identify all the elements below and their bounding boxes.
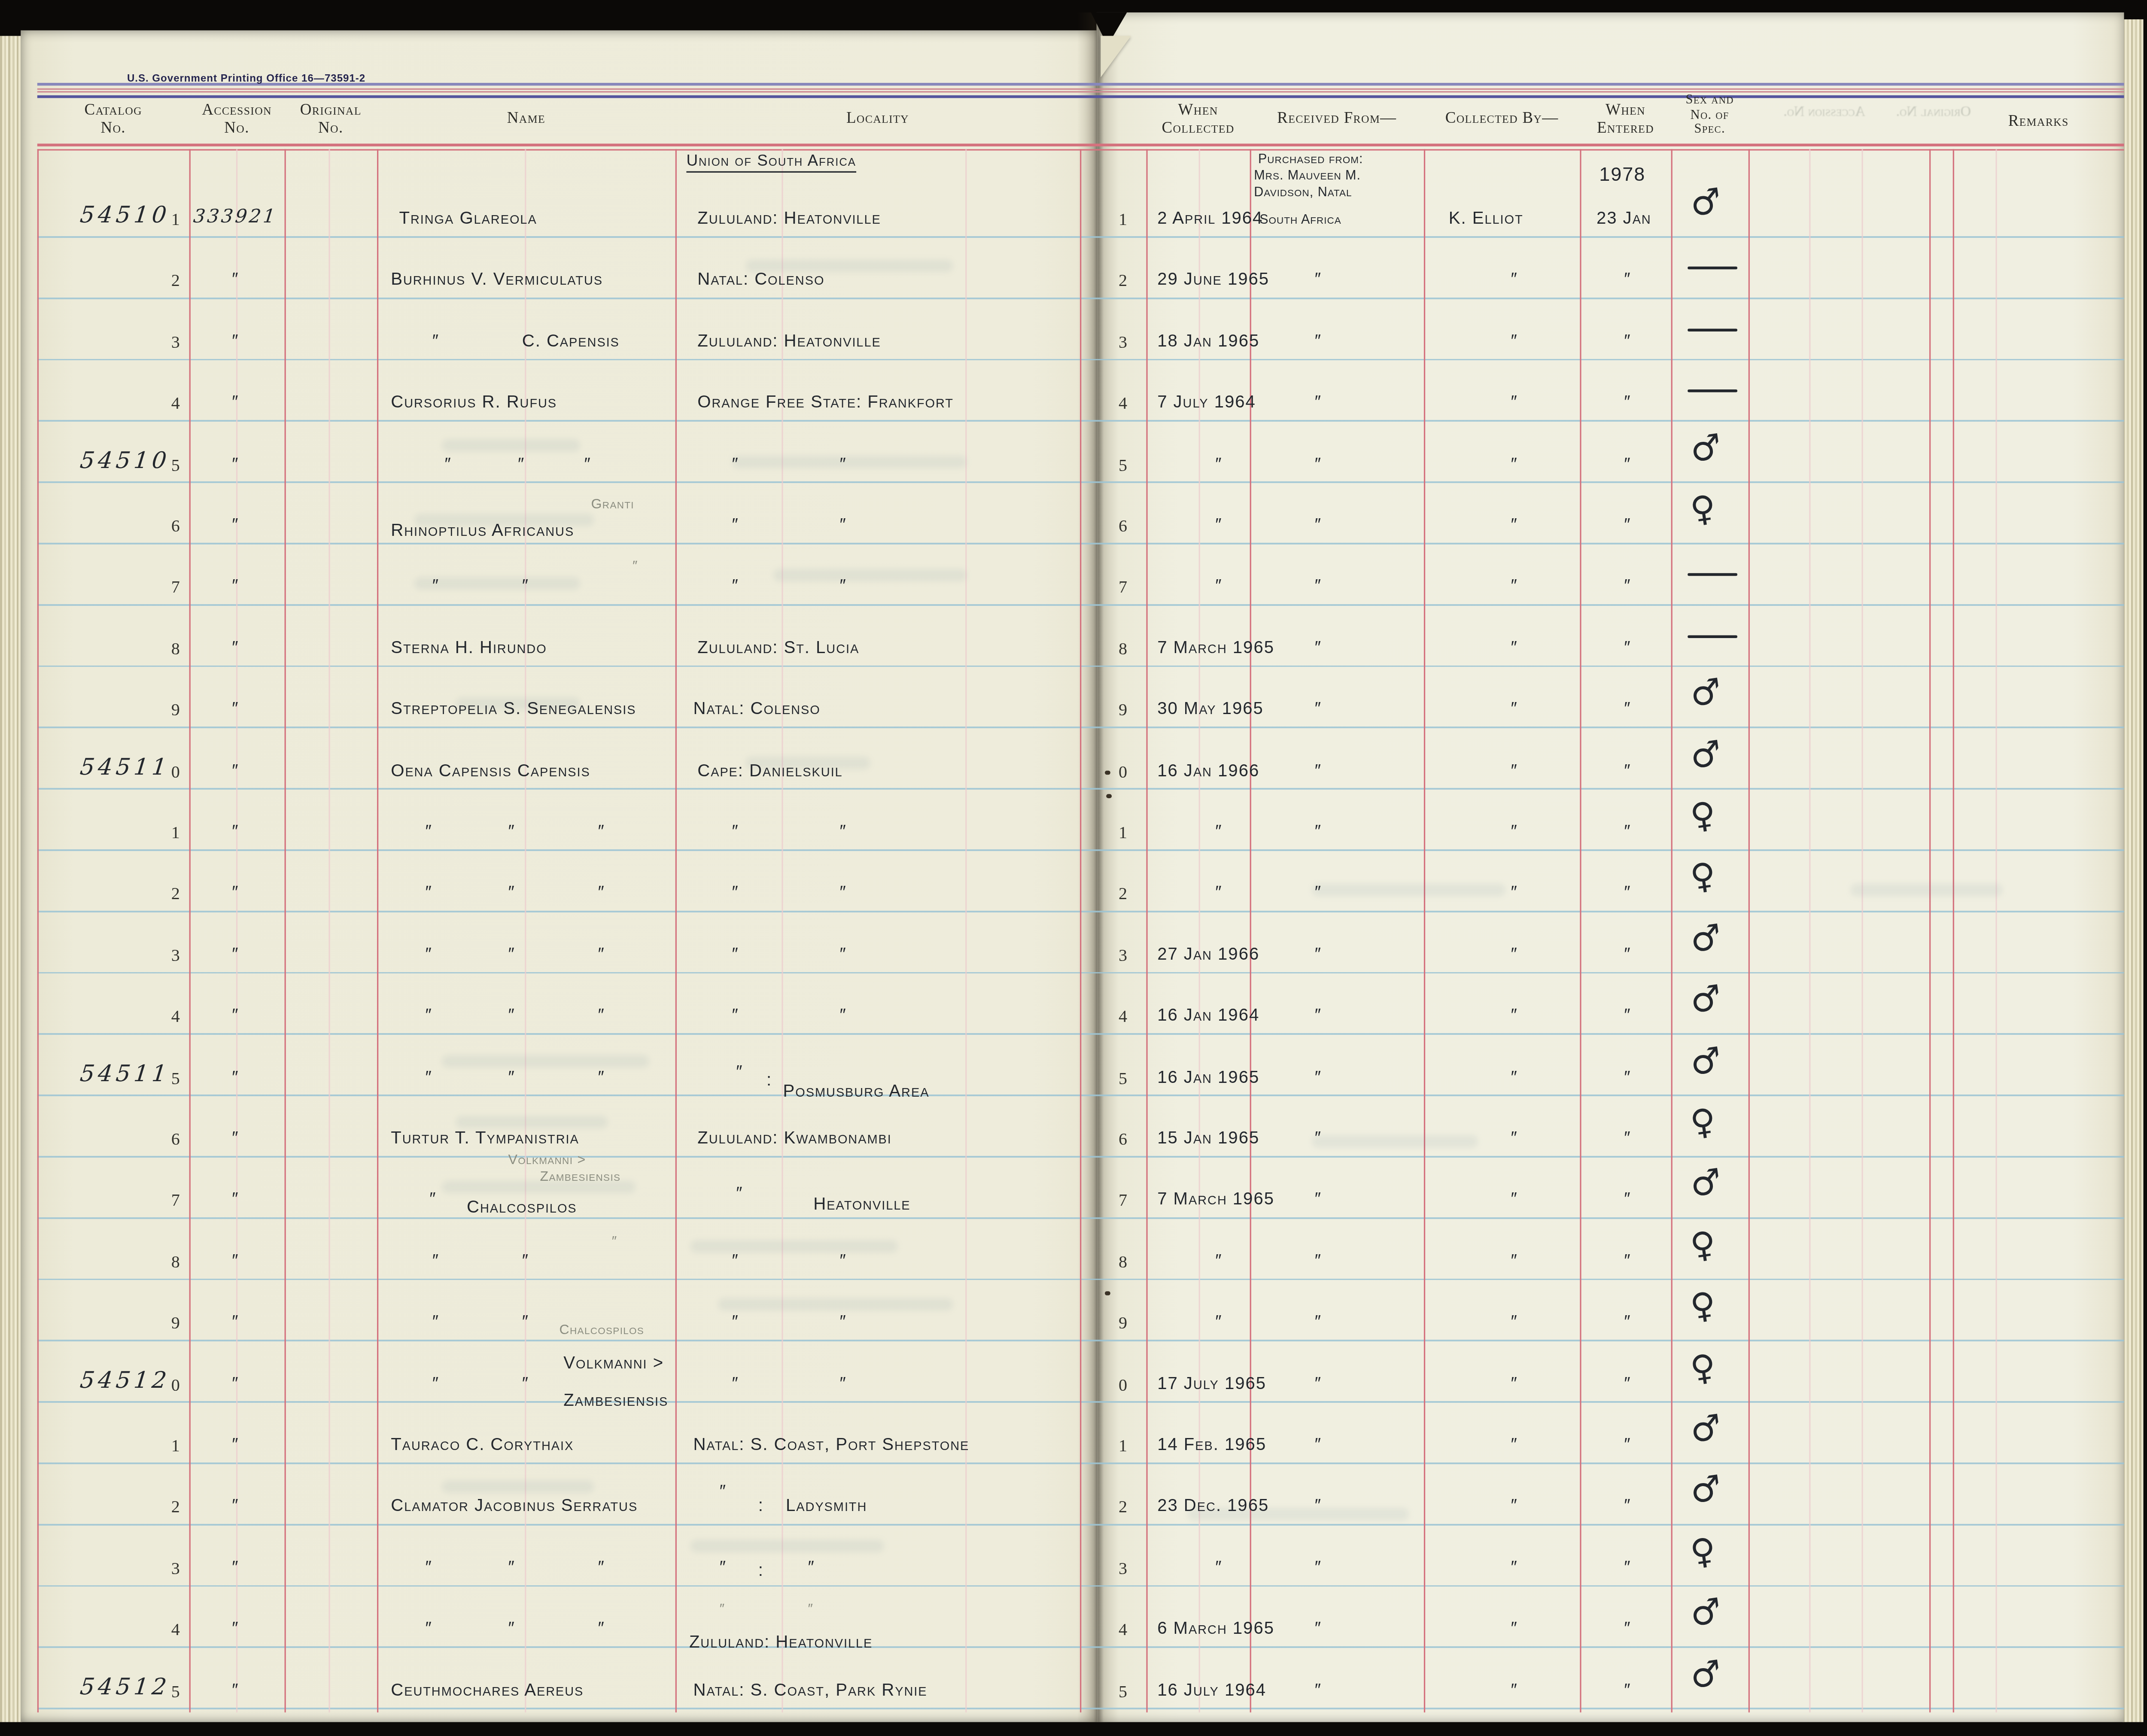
row-digit-right: 4 [1119,394,1127,414]
received-from-entry: ″ [1315,1374,1322,1393]
locality-entry: Orange Free State: Frankfort [697,392,954,412]
column-header-name: Name [377,110,675,128]
catalog-number: 54511 [79,1060,171,1086]
locality-entry: ″ [808,1602,813,1617]
name-entry: ″ [432,1312,439,1332]
guide-rule [1861,149,1863,1712]
male-sex-symbol: ♂ [1688,1590,1724,1634]
row-digit-left: 6 [171,517,180,537]
locality-entry: ″ [720,1557,727,1577]
locality-entry: ″ [839,576,846,596]
name-entry: ″ [432,576,439,596]
name-entry: ″ [522,576,529,596]
row-digit-left: 1 [171,210,180,231]
guide-rule [1809,149,1811,1712]
column-rule [189,149,191,1712]
name-entry: ″ [426,1067,432,1086]
received-from-entry: ″ [1315,822,1322,841]
male-sex-symbol: ♂ [1688,426,1724,469]
name-entry: Volkmanni > [563,1353,664,1372]
locality-entry: Cape: Danielskuil [697,760,842,780]
bleedthrough-smudge [732,456,967,468]
name-entry: ″ [598,1067,605,1086]
row-digit-right: 5 [1119,1681,1127,1702]
top-rule-red [37,88,2124,89]
male-sex-symbol: ♂ [1688,732,1724,776]
name-entry: ″ [508,883,515,902]
male-sex-symbol: ♂ [1688,1468,1724,1512]
when-entered-entry: ″ [1624,1374,1631,1393]
collected-by-entry: ″ [1511,822,1518,841]
received-from-entry: ″ [1315,270,1322,289]
catalog-number: 54511 [79,754,171,780]
collected-by-entry: ″ [1511,1312,1518,1332]
row-digit-right: 9 [1119,700,1127,721]
male-sex-symbol: ♂ [1688,1161,1724,1205]
name-entry: ″ [518,454,525,473]
when-entered-entry: ″ [1624,392,1631,412]
locality-entry: Zululand: St. Lucia [697,638,859,657]
bleedthrough-smudge [718,1298,953,1310]
when-entered-entry: ″ [1624,883,1631,902]
column-header-when-collected: WhenCollected [1146,102,1250,137]
when-collected-entry: 27 Jan 1966 [1157,944,1259,964]
collected-by-entry: ″ [1511,454,1518,473]
column-rule [1671,149,1673,1712]
name-entry: ″ [426,883,432,902]
name-entry: ″ [432,1374,439,1393]
column-header-original-no: OriginalNo. [285,102,377,137]
name-entry: Turtur T. Tympanistria [391,1128,579,1148]
column-rule [37,149,39,1712]
right-page-edge-stack [2123,19,2143,1722]
female-sex-symbol: ♀ [1688,855,1718,899]
guide-rule [525,149,526,1712]
accession-number: ″ [232,1006,239,1025]
when-collected-entry: ″ [1215,576,1222,596]
when-entered-entry: ″ [1624,270,1631,289]
header-rule-red [37,143,2124,146]
catalog-number: 54512 [79,1367,171,1393]
column-rule [1580,149,1581,1712]
name-entry: ″ [598,1557,605,1577]
collected-by-entry: ″ [1511,944,1518,964]
row-digit-left: 7 [171,578,180,599]
bleedthrough-smudge [442,1055,649,1067]
collected-by-entry: K. Elliot [1449,209,1524,228]
row-digit-left: 2 [171,271,180,292]
name-entry: Rhinoptilus Africanus [391,521,574,540]
column-rule [285,149,286,1712]
row-digit-right: 2 [1119,1498,1127,1518]
female-sex-symbol: ♀ [1688,1284,1718,1328]
received-from-entry: ″ [1315,638,1322,657]
no-sex-dash [1688,390,1737,392]
row-digit-right: 7 [1119,578,1127,599]
when-collected-entry: ″ [1215,515,1222,535]
when-collected-entry: 7 July 1964 [1157,392,1256,412]
collected-by-entry: ″ [1511,1006,1518,1025]
when-entered-entry: ″ [1624,1435,1631,1454]
name-entry: Tauraco C. Corythaix [391,1435,574,1454]
male-sex-symbol: ♂ [1688,671,1724,714]
locality-entry: ″ [732,454,739,473]
when-entered-entry: 23 Jan [1597,209,1651,228]
collected-by-entry: ″ [1511,1557,1518,1577]
collected-by-entry: ″ [1511,1619,1518,1638]
when-entered-entry: ″ [1624,638,1631,657]
row-digit-left: 0 [171,1375,180,1395]
when-collected-entry: 14 Feb. 1965 [1157,1435,1266,1454]
when-collected-entry: 17 July 1965 [1157,1374,1266,1393]
accession-number: ″ [232,1619,239,1638]
name-entry: ″ [445,454,452,473]
when-collected-entry: ″ [1215,454,1222,473]
bleedthrough-smudge [1312,1135,1478,1148]
name-entry: Ceuthmochares Aereus [391,1680,584,1700]
row-digit-right: 3 [1119,1559,1127,1579]
row-digit-left: 4 [171,394,180,414]
bleedthrough-smudge [442,1481,594,1493]
row-digit-right: 6 [1119,1130,1127,1150]
when-entered-entry: ″ [1624,1312,1631,1332]
collected-by-entry: ″ [1511,883,1518,902]
accession-number: ″ [232,1067,239,1086]
row-digit-left: 5 [171,1068,180,1089]
male-sex-symbol: ♂ [1688,1039,1724,1082]
received-from-entry: ″ [1315,1619,1322,1638]
locality-entry: Zululand: Heatonville [697,331,881,350]
collected-by-entry: ″ [1511,1067,1518,1086]
name-entry: Clamator Jacobinus Serratus [391,1496,638,1515]
bleedthrough-smudge [442,439,580,452]
name-entry: ″ [508,1067,515,1086]
name-entry: ″ [522,1251,529,1270]
name-entry: Streptopelia S. Senegalensis [391,699,636,718]
accession-number: ″ [232,392,239,412]
locality-entry: : [758,1496,764,1515]
locality-entry: ″ [732,822,739,841]
when-collected-entry: ″ [1215,1251,1222,1270]
row-digit-left: 3 [171,1559,180,1579]
entered-year: 1978 [1599,163,1645,185]
accession-number: ″ [232,760,239,780]
locality-entry: Heatonville [813,1195,910,1214]
accession-number: ″ [232,1557,239,1577]
locality-entry: ″ [839,822,846,841]
locality-entry: ″ [720,1602,725,1617]
row-digit-left: 0 [171,762,180,782]
name-entry: ″ [426,822,432,841]
guide-rule [328,149,330,1712]
when-entered-entry: ″ [1624,1619,1631,1638]
name-entry: Cursorius R. Rufus [391,392,557,412]
received-from-entry: ″ [1315,1251,1322,1270]
locality-entry: ″ [839,883,846,902]
name-entry: ″ [426,944,432,964]
name-entry: Tringa Glareola [399,209,537,228]
locality-entry: ″ [839,1374,846,1393]
bleedthrough-label: Original No. [1881,105,1986,120]
row-digit-right: 0 [1119,1375,1127,1395]
row-digit-right: 1 [1119,210,1127,231]
locality-entry: ″ [839,944,846,964]
column-rule [1749,149,1750,1712]
locality-entry: ″ [720,1482,727,1502]
collected-by-entry: ″ [1511,699,1518,718]
ledger-book-scan: U.S. Government Printing Office 16—73591… [0,0,2147,1736]
region-heading: Union of South Africa [686,153,856,170]
locality-entry: ″ [839,515,846,535]
column-header-sex-and-spec: Sex andNo. ofSpec. [1671,94,1749,137]
name-entry: ″ [598,822,605,841]
accession-number: ″ [232,1374,239,1393]
when-collected-entry: 29 June 1965 [1157,270,1269,289]
row-digit-left: 4 [171,1620,180,1641]
locality-entry: ″ [839,454,846,473]
locality-entry: Natal: Colenso [697,270,824,289]
row-digit-left: 4 [171,1007,180,1028]
when-entered-entry: ″ [1624,760,1631,780]
column-rule [1953,149,1955,1712]
name-entry: ″ [598,944,605,964]
accession-number: ″ [232,699,239,718]
column-header-accession-no: AccessionNo. [189,102,285,137]
row-digit-right: 7 [1119,1191,1127,1212]
name-entry: Chalcospilos [560,1323,645,1338]
guide-rule [236,149,238,1712]
name-entry: Zambesiensis [540,1170,621,1185]
when-collected-entry: 6 March 1965 [1157,1619,1274,1638]
collected-by-entry: ″ [1511,1435,1518,1454]
locality-entry: Natal: S. Coast, Port Shepstone [693,1435,970,1454]
received-from-entry: ″ [1315,392,1322,412]
accession-number: ″ [232,270,239,289]
name-entry: ″ [429,1189,436,1209]
when-entered-entry: ″ [1624,1557,1631,1577]
column-header-when-entered: WhenEntered [1580,102,1671,137]
printer-imprint: U.S. Government Printing Office 16—73591… [127,72,365,84]
catalog-number: 54510 [79,202,171,228]
name-entry: ″ [426,1557,432,1577]
name-entry: ″ [598,883,605,902]
locality-entry: ″ [732,515,739,535]
collected-by-entry: ″ [1511,392,1518,412]
guide-rule [965,149,967,1712]
row-digit-left: 1 [171,1436,180,1457]
received-note-line: Purchased from: [1258,152,1363,167]
column-rule [675,149,677,1712]
when-entered-entry: ″ [1624,1680,1631,1700]
locality-entry: Zululand: Heatonville [697,209,881,228]
collected-by-entry: ″ [1511,1189,1518,1209]
male-sex-symbol: ♂ [1688,916,1724,960]
when-entered-entry: ″ [1624,454,1631,473]
row-digit-right: 0 [1119,762,1127,782]
locality-entry: ″ [732,944,739,964]
accession-number: ″ [232,1251,239,1270]
when-entered-entry: ″ [1624,944,1631,964]
name-entry: ″ [508,1557,515,1577]
when-collected-entry: 23 Dec. 1965 [1157,1496,1269,1515]
accession-number: ″ [232,883,239,902]
male-sex-symbol: ♂ [1688,1407,1724,1450]
column-header-locality: Locality [675,110,1080,128]
collected-by-entry: ″ [1511,270,1518,289]
when-collected-entry: 30 May 1965 [1157,699,1264,718]
top-rule-red [37,91,2124,93]
locality-entry: ″ [732,1006,739,1025]
name-entry: ″ [508,944,515,964]
male-sex-symbol: ♂ [1688,180,1724,224]
top-rule-blue [37,94,2124,98]
when-collected-entry: ″ [1215,1312,1222,1332]
column-rule [1250,149,1252,1712]
collected-by-entry: ″ [1511,1251,1518,1270]
guide-rule [1995,149,1997,1712]
catalog-number: 54512 [79,1673,171,1700]
row-digit-left: 6 [171,1130,180,1150]
when-collected-entry: ″ [1215,822,1222,841]
bleedthrough-smudge [1312,884,1505,896]
row-digit-left: 1 [171,823,180,844]
when-entered-entry: ″ [1624,1189,1631,1209]
accession-number: ″ [232,576,239,596]
name-entry: Volkmanni > [508,1154,586,1169]
bleedthrough-label: Accession No. [1765,105,1884,120]
received-from-entry: ″ [1315,1680,1322,1700]
when-entered-entry: ″ [1624,1128,1631,1148]
bleedthrough-smudge [773,569,967,581]
row-digit-right: 9 [1119,1313,1127,1334]
row-digit-left: 3 [171,332,180,353]
row-digit-right: 4 [1119,1007,1127,1028]
when-entered-entry: ″ [1624,1251,1631,1270]
row-digit-right: 4 [1119,1620,1127,1641]
received-from-entry: ″ [1315,944,1322,964]
when-collected-entry: ″ [1215,883,1222,902]
received-note-line: Davidson, Natal [1254,185,1352,200]
when-entered-entry: ″ [1624,699,1631,718]
when-entered-entry: ″ [1624,1067,1631,1086]
received-from-entry: ″ [1315,454,1322,473]
locality-entry: Ladysmith [786,1496,867,1515]
name-entry: ″ [432,331,439,350]
row-digit-right: 8 [1119,639,1127,660]
name-entry: ″ [522,1312,529,1332]
received-from-entry: ″ [1315,331,1322,350]
row-digit-right: 8 [1119,1252,1127,1273]
accession-number: ″ [232,944,239,964]
locality-entry: ″ [732,576,739,596]
when-collected-entry: 16 Jan 1966 [1157,760,1259,780]
received-from-entry: ″ [1315,515,1322,535]
received-from-entry: ″ [1315,1557,1322,1577]
bleedthrough-smudge [1851,884,2003,896]
column-rule [1080,149,1082,1712]
received-from-entry: ″ [1315,760,1322,780]
when-collected-entry: 18 Jan 1965 [1157,331,1259,350]
row-digit-right: 2 [1119,885,1127,905]
row-digit-left: 9 [171,1313,180,1334]
received-from-entry: ″ [1315,1189,1322,1209]
name-entry: ″ [598,1619,605,1638]
collected-by-entry: ″ [1511,1374,1518,1393]
row-digit-left: 5 [171,455,180,476]
locality-entry: : [766,1070,772,1089]
received-from-entry: ″ [1315,1128,1322,1148]
when-collected-entry: 7 March 1965 [1157,638,1274,657]
name-entry: Sterna H. Hirundo [391,638,547,657]
column-header-catalog-no: CatalogNo. [37,102,189,137]
accession-number: ″ [232,1189,239,1209]
guide-rule [1199,149,1201,1712]
collected-by-entry: ″ [1511,1680,1518,1700]
accession-number: ″ [232,515,239,535]
name-entry: ″ [522,1374,529,1393]
column-rule [377,149,379,1712]
name-entry: ″ [426,1006,432,1025]
when-collected-entry: 16 July 1964 [1157,1680,1266,1700]
name-entry: ″ [633,560,638,575]
locality-entry: ″ [736,1184,743,1204]
column-header-collected-by: Collected By— [1424,110,1580,128]
accession-number: ″ [232,1312,239,1332]
accession-number: ″ [232,822,239,841]
locality-entry: ″ [732,1312,739,1332]
locality-entry: : [758,1560,764,1580]
row-digit-left: 5 [171,1681,180,1702]
name-entry: ″ [508,822,515,841]
name-entry: C. Capensis [522,331,620,350]
row-digit-left: 7 [171,1191,180,1212]
accession-number: 333921 [192,206,278,228]
name-entry: ″ [584,454,591,473]
locality-entry: ″ [732,883,739,902]
accession-number: ″ [232,1435,239,1454]
locality-entry: ″ [839,1006,846,1025]
row-digit-right: 1 [1119,823,1127,844]
locality-entry: Zululand: Heatonville [689,1633,873,1652]
locality-entry: ″ [808,1557,815,1577]
accession-number: ″ [232,638,239,657]
name-entry: ″ [426,1619,432,1638]
name-entry: Chalcospilos [467,1198,577,1217]
when-collected-entry: 15 Jan 1965 [1157,1128,1259,1148]
accession-number: ″ [232,1128,239,1148]
locality-entry: ″ [732,1374,739,1393]
locality-entry: ″ [839,1312,846,1332]
no-sex-dash [1688,635,1737,638]
column-rule [1929,149,1931,1712]
name-entry: ″ [508,1006,515,1025]
locality-entry: ″ [839,1251,846,1270]
locality-entry: Zululand: Kwambonambi [697,1128,892,1148]
row-digit-left: 3 [171,946,180,966]
row-digit-left: 8 [171,1252,180,1273]
received-from-entry: ″ [1315,883,1322,902]
received-from-entry: ″ [1315,1312,1322,1332]
when-entered-entry: ″ [1624,331,1631,350]
received-from-entry: ″ [1315,1435,1322,1454]
when-entered-entry: ″ [1624,1496,1631,1515]
when-collected-entry: 16 Jan 1964 [1157,1006,1259,1025]
collected-by-entry: ″ [1511,1496,1518,1515]
column-header-received-from: Received From— [1250,110,1424,128]
accession-number: ″ [232,1680,239,1700]
name-entry: Burhinus V. Vermiculatus [391,270,603,289]
row-digit-right: 2 [1119,271,1127,292]
